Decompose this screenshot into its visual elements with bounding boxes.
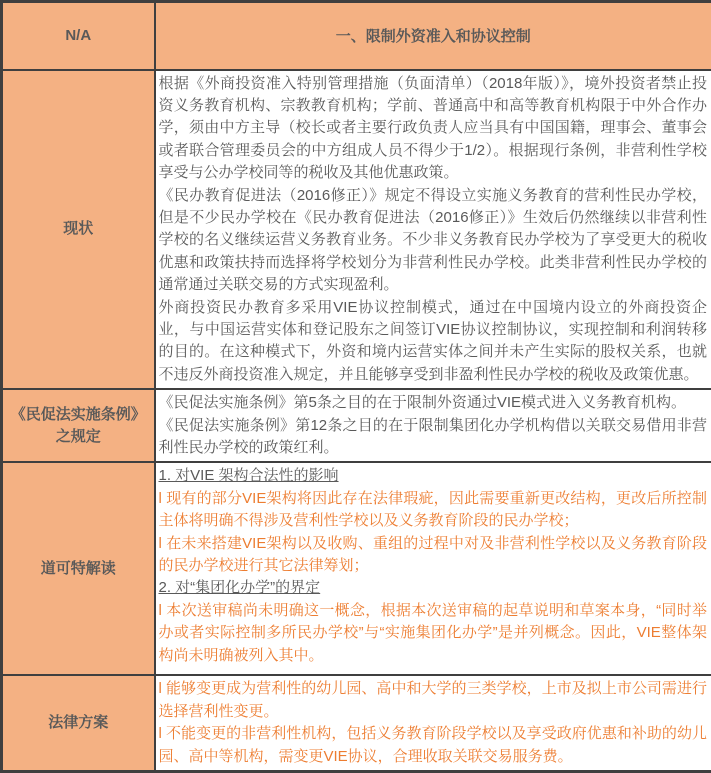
header-title-cell: 一、限制外资准入和协议控制: [155, 2, 711, 70]
paragraph: l 能够变更成为营利性的幼儿园、高中和大学的三类学校，上市及拟上市公司需进行选择…: [159, 678, 708, 723]
row-content-regulation: 《民促法实施条例》第5条之目的在于限制外资通过VIE模式进入义务教育机构。 《民…: [155, 389, 711, 462]
paragraph: 外商投资民办教育多采用VIE协议控制模式，通过在中国境内设立的外商投资企业，与中…: [159, 297, 708, 387]
table-row-legal-plan: 法律方案 l 能够变更成为营利性的幼儿园、高中和大学的三类学校，上市及拟上市公司…: [2, 675, 711, 771]
table-row-status: 现状 根据《外商投资准入特别管理措施（负面清单）（2018年版）》，境外投资者禁…: [2, 70, 711, 390]
paragraph: l 现有的部分VIE架构将因此存在法律瑕疵，因此需要重新更改结构，更改后所控制主…: [159, 488, 708, 533]
paragraph: 《民促法实施条例》第5条之目的在于限制外资通过VIE模式进入义务教育机构。: [159, 392, 708, 414]
row-label-legal-plan: 法律方案: [2, 675, 155, 771]
row-content-status: 根据《外商投资准入特别管理措施（负面清单）（2018年版）》，境外投资者禁止投资…: [155, 70, 711, 390]
row-label-regulation: 《民促法实施条例》之规定: [2, 389, 155, 462]
paragraph: 根据《外商投资准入特别管理措施（负面清单）（2018年版）》，境外投资者禁止投资…: [159, 73, 708, 185]
paragraph: l 在未来搭建VIE架构以及收购、重组的过程中对及非营利性学校以及义务教育阶段的…: [159, 533, 708, 578]
row-label-interpretation: 道可特解读: [2, 462, 155, 675]
row-label-status: 现状: [2, 70, 155, 390]
paragraph: l 不能变更的非营利性机构，包括义务教育阶段学校以及享受政府优惠和补助的幼儿园、…: [159, 723, 708, 768]
paragraph: l 本次送审稿尚未明确这一概念，根据本次送审稿的起草说明和草案本身，“同时举办或…: [159, 600, 708, 667]
section-heading: 1. 对VIE 架构合法性的影响: [159, 465, 708, 487]
paragraph: 《民促法实施条例》第12条之目的在于限制集团化办学机构借以关联交易借用非营利性民…: [159, 415, 708, 460]
legal-analysis-table: N/A 一、限制外资准入和协议控制 现状 根据《外商投资准入特别管理措施（负面清…: [0, 0, 711, 773]
table-row-interpretation: 道可特解读 1. 对VIE 架构合法性的影响 l 现有的部分VIE架构将因此存在…: [2, 462, 711, 675]
table-row-regulation: 《民促法实施条例》之规定 《民促法实施条例》第5条之目的在于限制外资通过VIE模…: [2, 389, 711, 462]
row-content-legal-plan: l 能够变更成为营利性的幼儿园、高中和大学的三类学校，上市及拟上市公司需进行选择…: [155, 675, 711, 771]
section-heading: 2. 对“集团化办学”的界定: [159, 577, 708, 599]
paragraph: 《民办教育促进法（2016修正）》规定不得设立实施义务教育的营利性民办学校，但是…: [159, 185, 708, 297]
table-header-row: N/A 一、限制外资准入和协议控制: [2, 2, 711, 70]
row-content-interpretation: 1. 对VIE 架构合法性的影响 l 现有的部分VIE架构将因此存在法律瑕疵，因…: [155, 462, 711, 675]
header-left-cell: N/A: [2, 2, 155, 70]
